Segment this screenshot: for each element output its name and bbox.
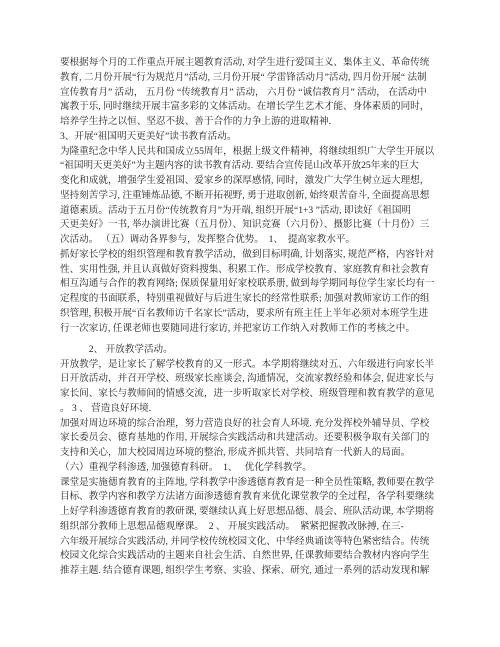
text-line: 2、 开放教学活动。 [60, 343, 452, 358]
text-line: 宣传教育月” 活动， 五月份 “传统教育月” 活动， 六月份 “诚信教育月” 活… [60, 86, 452, 101]
text-line: 天更美好》一书, 举办演讲比赛（五月份）、知识竞赛（六月份）、摄影比赛（十月份）… [60, 218, 452, 233]
text-line: 要根据每个月的工作重点开展主题教育活动, 对学生进行爱国主义、集体主义、革命传统 [60, 56, 452, 71]
text-line: 定程度的书面联系，特别重视做好与后进生家长的经常性联系; 加强对教师家访工作的组 [60, 292, 452, 307]
text-line: 校园文化综合实践活动的主题来自社会生活、自然世界, 任课教师要结合教材内容向学生 [60, 549, 452, 564]
text-line: 行一次家访, 任课老师也要随同进行家访, 并把家访工作纳入对教师工作的考核之中。 [60, 322, 452, 337]
document-text: 要根据每个月的工作重点开展主题教育活动, 对学生进行爱国主义、集体主义、革命传统… [60, 56, 452, 579]
text-line: 目标、教学内容和教学方法诸方面渗透德育教育来优化课堂教学的全过程，各学科要继续 [60, 490, 452, 505]
text-line: “祖国明天更美好”为主题内容的读书教育活动. 要结合宣传昆山改革开放25年来的巨… [60, 159, 452, 174]
text-line: 开放教学，是让家长了解学校教育的又一形式。本学期将继续对五、六年级进行向家长半 [60, 358, 452, 373]
text-line: 寓教于乐, 同时继续开展丰富多彩的文体活动。在增长学生艺术才能、身体素质的同时， [60, 100, 452, 115]
text-line: 性、实用性强, 并且认真做好资料搜集、积累工作。形成学校教育、家庭教育和社会教育 [60, 263, 452, 278]
text-line: 日开放活动，并召开学校、班级家长座谈会, 沟通情况，交流家教经验和体会, 促进家… [60, 372, 452, 387]
text-line: 六年级开展综合实践活动, 并同学校传统校园文化、中华经典诵读等特色紧密结合。传统 [60, 535, 452, 550]
text-line: 家长间、家长与教师间的情感交流，进一步听取家长对学校、班级管理和教育教学的意见 [60, 387, 452, 402]
document-page: 要根据每个月的工作重点开展主题教育活动, 对学生进行爱国主义、集体主义、革命传统… [0, 0, 500, 647]
text-line: 次活动。 （五）调动各界参与，发挥整合优势。 1、 提高家教水平。 [60, 233, 452, 248]
text-line: 坚持刻苦学习, 注重锤炼品德, 不断开拓视野, 勇于进取创新, 始终艰苦奋斗, … [60, 189, 452, 204]
text-line: 教育, 二月份开展“行为规范月”活动, 三月份开展“ 学雷锋活动月”活动, 四月… [60, 71, 452, 86]
text-line: 推荐主题. 结合德育课题, 组织学生考察、实验、探索、研究, 通过一系列的活动发… [60, 564, 452, 579]
text-line: 变化和成就，增强学生爱祖国、爱家乡的深厚感情, 同时，激发广大学生树立远大理想， [60, 174, 452, 189]
text-line: 课堂是实施德育教育的主阵地, 学科教学中渗透德育教育是一种全员性策略, 教师要在… [60, 476, 452, 491]
text-line: 为隆重纪念中华人民共和国成立55周年，根据上级文件精神，将继续组织广大学生开展以 [60, 145, 452, 160]
text-line: 加强对周边环境的综合治理，努力营造良好的社会育人环境. 充分发挥校外辅导员、学校 [60, 417, 452, 432]
text-line: 相互沟通与合作的教育网络; 保质保量用好家校联系册, 做到每学期同每位学生家长均… [60, 277, 452, 292]
text-line: 上好学科渗透德育教育的教研课, 要继续认真上好思想品德、晨会、班队活动课, 本学… [60, 505, 452, 520]
text-line: 家长委员会、德育基地的作用, 开展综合实践活动和共建活动。还要积极争取有关部门的 [60, 431, 452, 446]
text-line: 道德素质。活动于五月份“传统教育月”为开端, 组织开展“1+3 ”活动, 即读好… [60, 204, 452, 219]
text-line: （六）重视学科渗透, 加强德育科研。 1、 优化学科教学。 [60, 461, 452, 476]
text-line: 。 3 、 营造良好环境. [60, 402, 452, 417]
text-line: 3、开展“祖国明天更美好”读书教育活动。 [60, 130, 452, 145]
text-line: 组织部分教师上思想品德观摩课。 2 、 开展实践活动。 紧紧把握教改脉搏, 在三… [60, 520, 452, 535]
text-line: 培养学生持之以恒、坚忍不拔、善于合作的力争上游的进取精神. [60, 115, 452, 130]
text-line: 支持和关心，加大校园周边环境的整治, 形成齐抓共管、共同培育一代新人的局面。 [60, 446, 452, 461]
text-line: 织管理, 积极开展“百名教师访千名家长”活动，要求所有班主任上半年必须对本班学生… [60, 307, 452, 322]
text-line: 抓好家长学校的组织管理和教育教学活动，做到目标明确, 计划落实, 规范严格，内容… [60, 248, 452, 263]
